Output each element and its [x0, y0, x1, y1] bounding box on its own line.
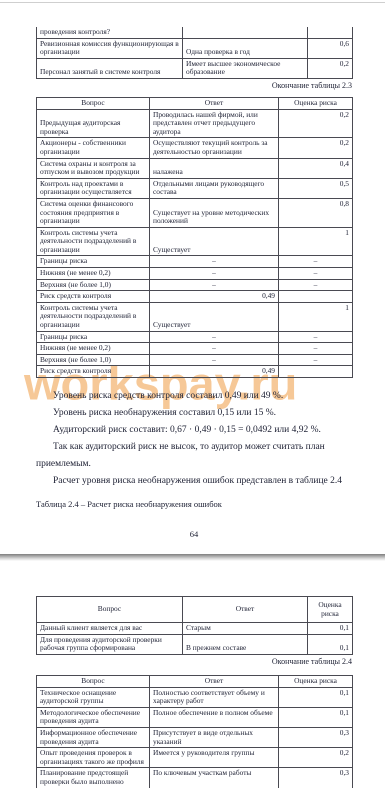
- question-cell: Система оценки финансового состояния пре…: [37, 198, 150, 227]
- question-cell: Опыт проведения проверок в организациях …: [37, 748, 150, 768]
- answer-cell: Осуществляют текущий контроль за деятель…: [150, 138, 279, 158]
- answer-cell: Существует: [150, 302, 279, 331]
- table-end-label: Окончание таблицы 2.3: [36, 81, 352, 90]
- table-row: Методологическое обеспечение проведения …: [37, 707, 353, 727]
- table-row: Границы риска – –: [37, 331, 353, 343]
- risk-cell: 0,8: [279, 198, 353, 227]
- question-cell: Риск средств контроля: [37, 291, 150, 303]
- table-2-4-start: Вопрос Ответ Оценка риска Данный клиент …: [36, 596, 353, 655]
- risk-cell: –: [279, 268, 353, 280]
- answer-cell: Одна проверка в год: [183, 38, 308, 58]
- table-row: Информационное обеспечение проведения ау…: [37, 727, 353, 747]
- answer-cell: Полное обеспечение в полном объеме: [150, 707, 279, 727]
- column-header-question: Вопрос: [37, 675, 150, 687]
- answer-cell: налажена: [150, 158, 279, 178]
- answer-cell: В прежнем составе: [183, 634, 308, 654]
- column-header-risk: Оценка риска: [279, 675, 353, 687]
- risk-cell: [279, 366, 353, 378]
- table-row: Персонал занятый в системе контроля Имее…: [37, 58, 353, 78]
- table-row: Границы риска – –: [37, 256, 353, 268]
- answer-cell: –: [150, 354, 279, 366]
- question-cell: Методологическое обеспечение проведения …: [37, 707, 150, 727]
- answer-cell: Старым: [183, 623, 308, 635]
- question-cell: проведения контроля?: [37, 27, 183, 38]
- table-row: Предыдущая аудиторская проверка Проводил…: [37, 109, 353, 138]
- question-cell: Персонал занятый в системе контроля: [37, 58, 183, 78]
- answer-cell: Проводилась нашей фирмой, или представле…: [150, 109, 279, 138]
- risk-cell: 1: [279, 302, 353, 331]
- answer-cell: –: [150, 268, 279, 280]
- table-row: Нижняя (не менее 0,2) – –: [37, 343, 353, 355]
- page-number: 64: [36, 529, 352, 539]
- question-cell: Границы риска: [37, 256, 150, 268]
- answer-cell: [183, 27, 308, 38]
- answer-cell: 0,49: [150, 366, 279, 378]
- question-cell: Ревизионная комиссия функционирующая в о…: [37, 38, 183, 58]
- answer-cell: –: [150, 331, 279, 343]
- answer-cell: По ключевым участкам работы: [150, 768, 279, 788]
- paragraph-line: Уровень риска необнаружения составил 0,1…: [36, 405, 352, 422]
- risk-cell: [308, 27, 353, 38]
- table-row: Верхняя (не более 1,0) – –: [37, 279, 353, 291]
- table-header-row: Вопрос Ответ Оценка риска: [37, 675, 353, 687]
- table-row: Риск средств контроля 0,49: [37, 291, 353, 303]
- question-cell: Нижняя (не менее 0,2): [37, 268, 150, 280]
- question-cell: Верхняя (не более 1,0): [37, 354, 150, 366]
- answer-cell: Имеется у руководителя группы: [150, 748, 279, 768]
- answer-cell: Имеет высшее экономическое образование: [183, 58, 308, 78]
- question-cell: Контроль над проектами в организации осу…: [37, 178, 150, 198]
- page-edge-line: [0, 2, 385, 3]
- risk-cell: –: [279, 256, 353, 268]
- table-row: Планирование предстоящей проверки было в…: [37, 768, 353, 788]
- question-cell: Контроль системы учета деятельности подр…: [37, 227, 150, 256]
- paragraph-line: Так как аудиторский риск не высок, то ау…: [36, 439, 352, 456]
- table-row: Верхняя (не более 1,0) – –: [37, 354, 353, 366]
- question-cell: Акционеры - собственники организации: [37, 138, 150, 158]
- question-cell: Для проведения аудиторской проверки рабо…: [37, 634, 183, 654]
- risk-cell: 0,4: [279, 158, 353, 178]
- answer-cell: –: [150, 256, 279, 268]
- table-2-3-continuation: проведения контроля? Ревизионная комисси…: [36, 27, 353, 79]
- risk-cell: 0,1: [308, 634, 353, 654]
- question-cell: Планирование предстоящей проверки было в…: [37, 768, 150, 788]
- table-row: Риск средств контроля 0,49: [37, 366, 353, 378]
- detection-risk-table: Вопрос Ответ Оценка риска Техническое ос…: [36, 675, 353, 788]
- column-header-risk: Оценка риска: [308, 597, 353, 623]
- risk-cell: 0,1: [279, 707, 353, 727]
- column-header-question: Вопрос: [37, 597, 183, 623]
- table-row: Контроль над проектами в организации осу…: [37, 178, 353, 198]
- column-header-question: Вопрос: [37, 97, 150, 109]
- answer-cell: 0,49: [150, 291, 279, 303]
- risk-cell: 0,1: [279, 687, 353, 707]
- question-cell: Границы риска: [37, 331, 150, 343]
- question-cell: Нижняя (не менее 0,2): [37, 343, 150, 355]
- paragraph-line: Расчет уровня риска необнаружения ошибок…: [36, 473, 352, 490]
- table-row: Опыт проведения проверок в организациях …: [37, 748, 353, 768]
- risk-cell: –: [279, 279, 353, 291]
- table-header-row: Вопрос Ответ Оценка риска: [37, 97, 353, 109]
- risk-cell: 0,2: [308, 58, 353, 78]
- paragraph-line: приемлемым.: [36, 456, 352, 473]
- table-row: Контроль системы учета деятельности подр…: [37, 302, 353, 331]
- control-risk-table: Вопрос Ответ Оценка риска Предыдущая ауд…: [36, 97, 353, 378]
- paragraph-line: Уровень риска средств контроля составил …: [36, 388, 352, 405]
- table-row: Акционеры - собственники организации Осу…: [37, 138, 353, 158]
- answer-cell: –: [150, 343, 279, 355]
- risk-cell: –: [279, 343, 353, 355]
- table-row: Ревизионная комиссия функционирующая в о…: [37, 38, 353, 58]
- question-cell: Техническое оснащение аудиторской группы: [37, 687, 150, 707]
- document-page: workspay.ru проведения контроля? Ревизио…: [0, 0, 385, 554]
- column-header-risk: Оценка риска: [279, 97, 353, 109]
- question-cell: Риск средств контроля: [37, 366, 150, 378]
- question-cell: Контроль системы учета деятельности подр…: [37, 302, 150, 331]
- question-cell: Верхняя (не более 1,0): [37, 279, 150, 291]
- table-row: Контроль системы учета деятельности подр…: [37, 227, 353, 256]
- table-row: Нижняя (не менее 0,2) – –: [37, 268, 353, 280]
- risk-cell: [279, 291, 353, 303]
- question-cell: Система охраны и контроля за отпуском и …: [37, 158, 150, 178]
- answer-cell: Присутствует в виде отдельных указаний: [150, 727, 279, 747]
- table-row: Техническое оснащение аудиторской группы…: [37, 687, 353, 707]
- risk-cell: 0,2: [279, 138, 353, 158]
- risk-cell: 0,2: [279, 109, 353, 138]
- table-row: Система оценки финансового состояния пре…: [37, 198, 353, 227]
- answer-cell: Отдельными лицами руководящего состава: [150, 178, 279, 198]
- question-cell: Информационное обеспечение проведения ау…: [37, 727, 150, 747]
- risk-cell: 0,6: [308, 38, 353, 58]
- answer-cell: Существует: [150, 227, 279, 256]
- column-header-answer: Ответ: [183, 597, 308, 623]
- risk-cell: 1: [279, 227, 353, 256]
- table-end-label: Окончание таблицы 2.4: [36, 657, 352, 666]
- question-cell: Предыдущая аудиторская проверка: [37, 109, 150, 138]
- answer-cell: –: [150, 279, 279, 291]
- risk-cell: –: [279, 354, 353, 366]
- table-row: Данный клиент является для вас Старым 0,…: [37, 623, 353, 635]
- risk-cell: 0,2: [279, 748, 353, 768]
- table-row: Система охраны и контроля за отпуском и …: [37, 158, 353, 178]
- table-caption: Таблица 2.4 – Расчет риска необнаружения…: [36, 499, 352, 509]
- answer-cell: Полностью соответствует объему и характе…: [150, 687, 279, 707]
- risk-cell: 0,1: [308, 623, 353, 635]
- column-header-answer: Ответ: [150, 675, 279, 687]
- paragraph-line: Аудиторский риск составит: 0,67 · 0,49 ·…: [36, 422, 352, 439]
- document-page: Вопрос Ответ Оценка риска Данный клиент …: [0, 561, 385, 788]
- table-row: Для проведения аудиторской проверки рабо…: [37, 634, 353, 654]
- table-row: проведения контроля?: [37, 27, 353, 38]
- risk-cell: 0,3: [279, 768, 353, 788]
- table-header-row: Вопрос Ответ Оценка риска: [37, 597, 353, 623]
- risk-cell: –: [279, 331, 353, 343]
- question-cell: Данный клиент является для вас: [37, 623, 183, 635]
- risk-cell: 0,5: [279, 178, 353, 198]
- risk-cell: 0,3: [279, 727, 353, 747]
- answer-cell: Существует на уровне методических положе…: [150, 198, 279, 227]
- body-text: Уровень риска средств контроля составил …: [36, 388, 352, 490]
- page-separator: [0, 554, 385, 561]
- column-header-answer: Ответ: [150, 97, 279, 109]
